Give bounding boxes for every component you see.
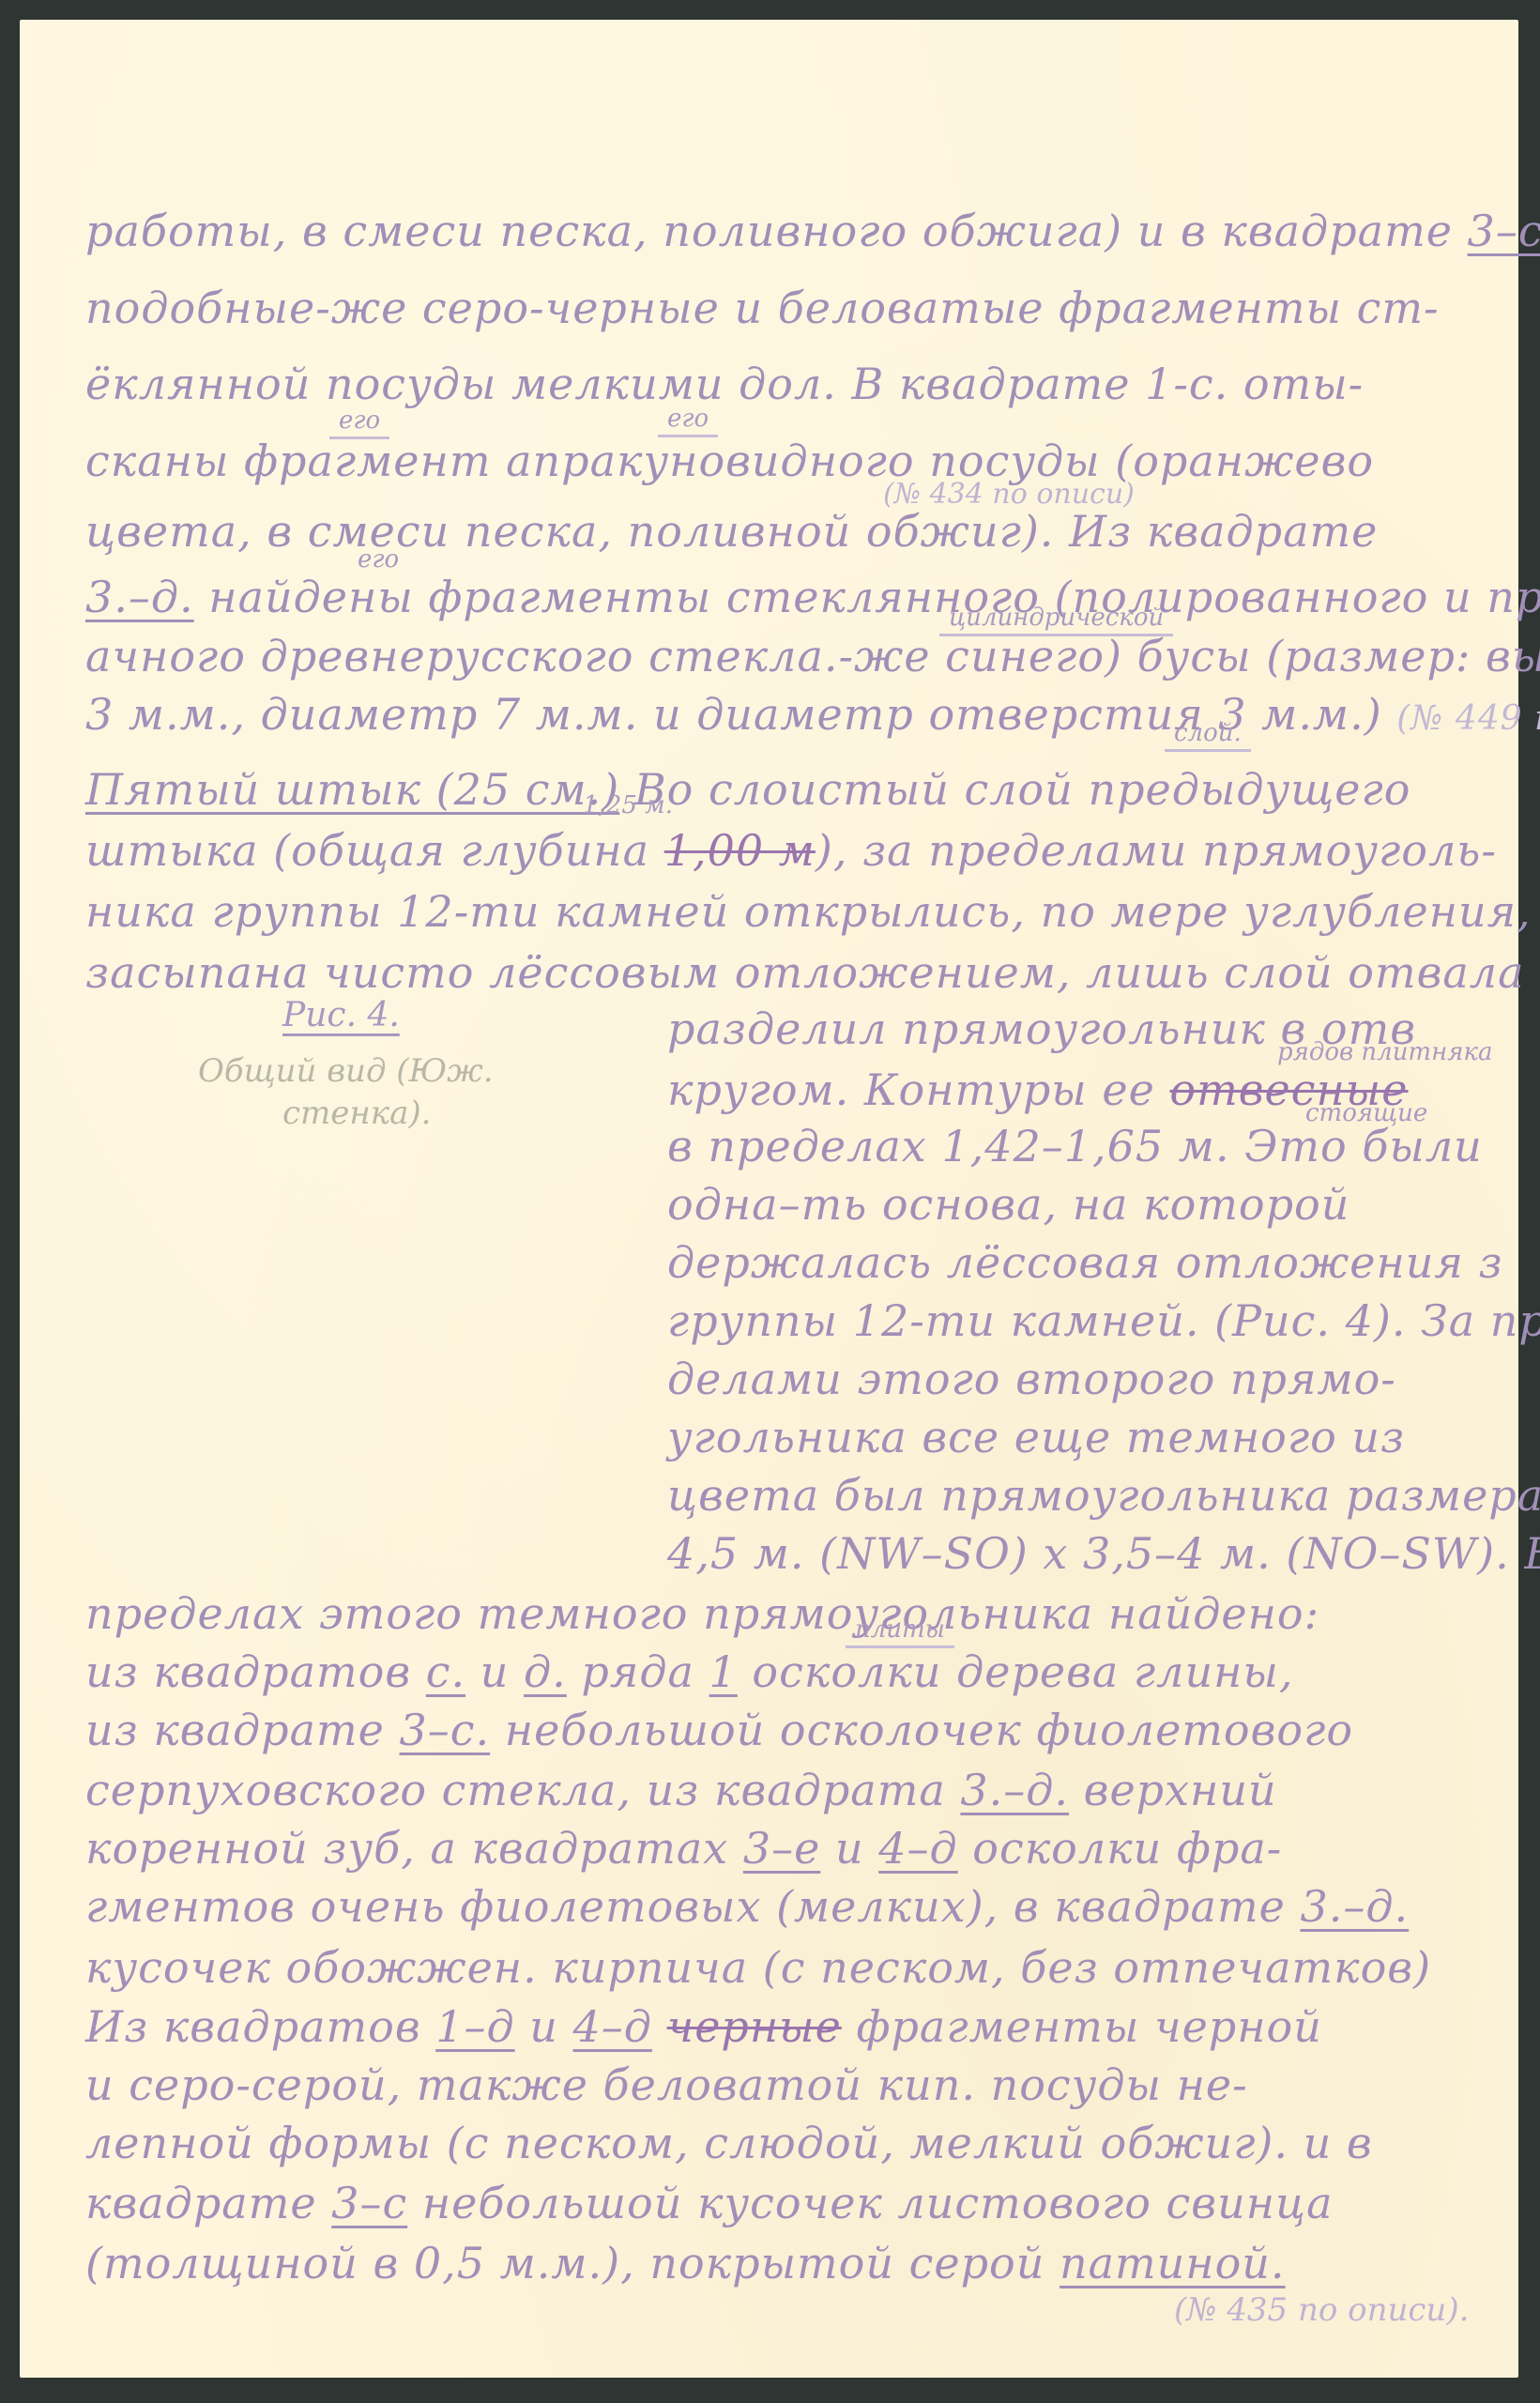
text-fragment: группы 12-ти камней. (Рис. 4). За пре- (667, 1295, 1540, 1346)
margin-pencil-note-line2: стенка). (282, 1094, 431, 1132)
text-fragment: засыпана чисто лёссовым отложением, лишь… (85, 947, 1525, 998)
text-fragment: и (820, 1823, 878, 1874)
text-line-3: ёклянной посуды мелкими дол. В квадрате … (85, 356, 1465, 412)
document-page: работы, в смеси песка, поливного обжига)… (20, 20, 1518, 2378)
text-fragment: 4,5 м. (NW–SO) x 3,5–4 м. (NO–SW). В (667, 1528, 1540, 1579)
margin-pencil-note-line1: Общий вид (Юж. (198, 1052, 494, 1090)
underlined-square-ref: с. (426, 1646, 465, 1697)
text-fragment: серпуховского стекла, из квадрата (85, 1765, 960, 1815)
text-fragment: коренной зуб, а квадратах (85, 1823, 743, 1874)
text-line-8: 3 м.м., диаметр 7 м.м. и диаметр отверст… (85, 686, 1465, 747)
underlined-square-ref: 1–д (435, 2001, 514, 2052)
text-line-10: штыка (общая глубина 1,00 м), за предела… (85, 822, 1465, 879)
text-fragment: из квадрате (85, 1705, 400, 1755)
text-line-13: пределах этого темного прямоугольника на… (85, 1585, 1465, 1642)
text-line-1: работы, в смеси песка, поливного обжига)… (85, 203, 1465, 259)
text-fragment: ачного древнерусского стекла.-же синего)… (85, 631, 1540, 681)
text-fragment: цвета был прямоугольника размера (667, 1470, 1540, 1521)
underlined-square-ref: 3–с (1468, 206, 1540, 256)
text-line-18: гментов очень фиолетовых (мелких), в ква… (85, 1878, 1465, 1935)
right-col-line-9: цвета был прямоугольника размера (667, 1467, 1474, 1523)
underlined-square-ref: 4–д (878, 1823, 957, 1874)
text-line-24: (толщиной в 0,5 м.м.), покрытой серой па… (85, 2235, 1465, 2291)
underlined-row-ref: 1 (709, 1646, 738, 1697)
underlined-square-ref: 3.–д. (85, 572, 194, 622)
text-fragment: сканы фрагмент апракуновидного посуды (о… (85, 436, 1374, 486)
underlined-square-ref: 3.–д. (960, 1765, 1069, 1815)
text-fragment: ), за пределами прямоуголь- (816, 825, 1497, 876)
right-col-line-4: одна–ть основа, на которой (667, 1176, 1474, 1232)
right-col-line-10: 4,5 м. (NW–SO) x 3,5–4 м. (NO–SW). В (667, 1525, 1474, 1582)
text-fragment: кругом. Контуры ее (667, 1064, 1169, 1115)
text-fragment: верхний (1069, 1765, 1277, 1815)
text-fragment: подобные-же серо-черные и беловатые фраг… (85, 283, 1440, 333)
text-fragment: и (515, 2001, 573, 2052)
underlined-square-ref: д. (524, 1646, 567, 1697)
text-fragment: держалась лёссовая отложения з (667, 1237, 1503, 1288)
text-fragment: пределах этого темного прямоугольника на… (85, 1588, 1319, 1639)
right-col-line-8: угольника все еще темного из (667, 1409, 1474, 1465)
text-fragment: ёклянной посуды мелкими дол. В квадрате … (85, 359, 1364, 409)
text-line-6: 3.–д. найдены фрагменты стеклянного (пол… (85, 569, 1465, 625)
underlined-square-ref: 3.–д. (1300, 1881, 1409, 1932)
text-fragment: в пределах 1,42–1,65 м. Это были (667, 1121, 1483, 1171)
text-line-12: засыпана чисто лёссовым отложением, лишь… (85, 944, 1465, 1001)
underlined-square-ref: 3–е (743, 1823, 821, 1874)
section-heading-fifth-spit: Пятый штык (25 см.) (85, 764, 619, 815)
depth-insertion: 1,25 м. (583, 791, 673, 819)
text-fragment: угольника все еще темного из (667, 1412, 1405, 1462)
underlined-square-ref: 4–д (573, 2001, 652, 2052)
underlined-word: патиной. (1060, 2238, 1286, 2288)
text-fragment: одна–ть основа, на которой (667, 1179, 1349, 1230)
text-line-21: и серо-серой, также беловатой кип. посуд… (85, 2057, 1465, 2113)
right-col-line-3: в пределах 1,42–1,65 м. Это были (667, 1118, 1474, 1174)
right-col-line-5: держалась лёссовая отложения з (667, 1234, 1474, 1291)
text-line-22: лепной формы (с песком, слюдой, мелкий о… (85, 2115, 1465, 2171)
text-fragment: кусочек обожжен. кирпича (с песком, без … (85, 1942, 1431, 1993)
figure-reference: Рис. 4. (282, 996, 400, 1034)
text-fragment: фрагменты черной (842, 2001, 1322, 2052)
text-fragment: квадрате (85, 2178, 331, 2228)
catalog-number-435: (№ 435 по описи). (1174, 2291, 1469, 2329)
text-fragment: и (465, 1646, 524, 1697)
underlined-square-ref: 3–с (331, 2178, 407, 2228)
underlined-square-ref: 3–с. (400, 1705, 491, 1755)
text-line-9: Пятый штык (25 см.) Во слоистый слой пре… (85, 761, 1465, 818)
text-line-11: ника группы 12-ти камней открылись, по м… (85, 883, 1465, 940)
text-fragment: Во слоистый слой предыдущего (619, 764, 1410, 815)
text-fragment: работы, в смеси песка, поливного обжига)… (85, 206, 1468, 256)
text-line-16: серпуховского стекла, из квадрата 3.–д. … (85, 1762, 1465, 1818)
text-fragment: цвета, в смеси песка, поливной обжиг). И… (85, 506, 1378, 557)
catalog-number-449: (№ 449 по описи). (1396, 699, 1540, 738)
text-fragment: найдены фрагменты стеклянного (полирован… (194, 572, 1540, 622)
text-line-14: из квадратов с. и д. ряда 1 осколки дере… (85, 1644, 1465, 1700)
text-line-23: квадрате 3–с небольшой кусочек листового… (85, 2175, 1465, 2231)
text-line-19: кусочек обожжен. кирпича (с песком, без … (85, 1939, 1465, 1996)
text-fragment: Из квадратов (85, 2001, 435, 2052)
text-fragment: штыка (общая глубина (85, 825, 664, 876)
text-fragment: ника группы 12-ти камней открылись, по м… (85, 886, 1532, 937)
text-fragment: делами этого второго прямо- (667, 1354, 1396, 1404)
struck-text: черные (667, 2001, 842, 2052)
text-fragment: лепной формы (с песком, слюдой, мелкий о… (85, 2118, 1373, 2168)
text-line-20: Из квадратов 1–д и 4–д черные фрагменты … (85, 1998, 1465, 2055)
struck-text: 1,00 м (664, 825, 816, 876)
text-fragment: осколки фра- (958, 1823, 1283, 1874)
right-col-line-7: делами этого второго прямо- (667, 1351, 1474, 1407)
text-line-7: ачного древнерусского стекла.-же синего)… (85, 628, 1465, 684)
text-fragment: осколки дерева глины, (738, 1646, 1294, 1697)
text-fragment: (толщиной в 0,5 м.м.), покрытой серой (85, 2238, 1060, 2288)
text-fragment: и серо-серой, также беловатой кип. посуд… (85, 2059, 1248, 2110)
text-line-15: из квадрате 3–с. небольшой осколочек фио… (85, 1702, 1465, 1758)
text-fragment: ряда (567, 1646, 709, 1697)
text-fragment: гментов очень фиолетовых (мелких), в ква… (85, 1881, 1300, 1932)
text-line-4: сканы фрагмент апракуновидного посуды (о… (85, 433, 1465, 489)
interlinear-insertion: слой. (1165, 719, 1251, 752)
text-line-2: подобные-же серо-черные и беловатые фраг… (85, 280, 1465, 336)
text-line-5: цвета, в смеси песка, поливной обжиг). И… (85, 503, 1465, 559)
text-fragment: из квадратов (85, 1646, 426, 1697)
text-fragment: небольшой кусочек листового свинца (407, 2178, 1333, 2228)
text-fragment: небольшой осколочек фиолетового (490, 1705, 1353, 1755)
right-col-line-6: группы 12-ти камней. (Рис. 4). За пре- (667, 1293, 1474, 1349)
text-line-17: коренной зуб, а квадратах 3–е и 4–д оско… (85, 1820, 1465, 1876)
